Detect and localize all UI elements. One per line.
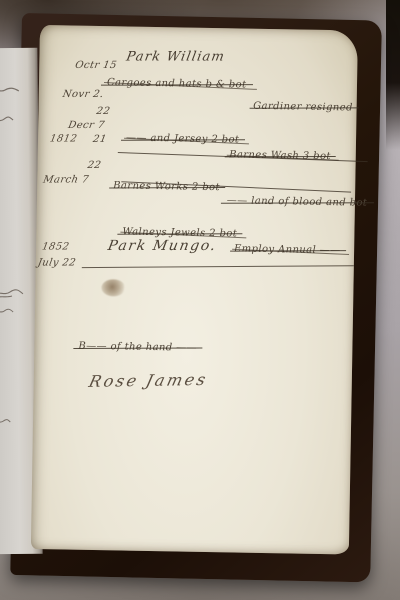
strike-line	[82, 265, 354, 268]
entry-date: Decr 7	[67, 120, 105, 131]
verso-ink-fragment	[0, 306, 14, 316]
account-heading-park-william: Park William	[125, 49, 226, 64]
entry-text-struck: Gardiner resigned	[253, 101, 353, 114]
verso-ink-fragment	[0, 416, 11, 426]
entry-date: Novr 2.	[62, 89, 105, 100]
entry-date: Octr 15	[74, 60, 117, 71]
verso-ink-fragment	[0, 114, 14, 126]
account-heading-park-mungo: Park Mungo.	[107, 238, 218, 254]
entry-date: 22	[96, 106, 112, 117]
ink-blot-stain	[101, 279, 125, 296]
entry-date: 22	[87, 160, 103, 171]
account-heading-rose-james: Rose James	[87, 370, 210, 391]
entry-date: 21	[92, 134, 108, 145]
entry-date: March 7	[42, 174, 89, 185]
background-shadow	[386, 0, 400, 150]
entry-text-struck: Cargoes and hats b & bot	[107, 77, 247, 90]
verso-ink-fragment	[0, 286, 24, 300]
recto-page: Park William Octr 15 Cargoes and hats b …	[31, 25, 358, 554]
margin-year: 1852	[41, 241, 70, 252]
entry-text-struck: B—— of the hand ——	[78, 341, 197, 354]
entry-text-struck: Employ Annual ——	[234, 243, 341, 256]
entry-text-struck: —— land of blood and bot	[227, 195, 368, 208]
verso-ink-fragment	[0, 84, 20, 96]
entry-date: July 22	[37, 257, 77, 268]
photograph-of-ledger-book: Park William Octr 15 Cargoes and hats b …	[0, 0, 400, 600]
margin-year: 1812	[49, 133, 78, 144]
entry-text-struck: —— and Jersey 2 bot	[126, 133, 240, 146]
